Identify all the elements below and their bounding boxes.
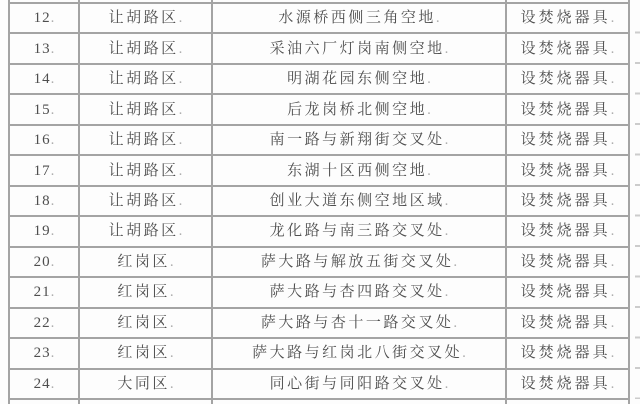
row-number: 21 xyxy=(34,284,55,300)
row-number: 14 xyxy=(34,71,55,87)
table-cell-location: 水源桥西侧三角空地 xyxy=(213,4,507,34)
location-description: 萨大路与杏四路交叉处 xyxy=(270,284,449,300)
table-cell-location: 后龙岗桥北侧空地 xyxy=(213,95,507,125)
measure-text: 设焚烧器具 xyxy=(521,41,615,57)
table-cell-measure: 设焚烧器具 xyxy=(507,309,630,339)
district-name: 红岗区 xyxy=(117,315,173,331)
table-cell-measure: 设焚烧器具 xyxy=(507,248,630,278)
table-cell-measure: 设焚烧器具 xyxy=(507,370,630,400)
measure-text: 设焚烧器具 xyxy=(521,102,615,118)
location-description: 萨大路与红岗北八街交叉处 xyxy=(252,345,466,361)
table-cell-measure: 设焚烧器具 xyxy=(507,217,630,247)
table-cell-district: 让胡路区 xyxy=(80,187,213,217)
location-description: 创业大道东侧空地区域 xyxy=(270,193,449,209)
gridline-bottom-strip xyxy=(8,400,80,404)
location-description: 水源桥西侧三角空地 xyxy=(278,10,439,26)
location-description: 采油六厂灯岗南侧空地 xyxy=(270,41,449,57)
table-cell-number: 21 xyxy=(8,278,80,308)
row-number: 22 xyxy=(34,315,55,331)
district-name: 让胡路区 xyxy=(109,10,183,26)
row-number: 17 xyxy=(34,163,55,179)
row-number: 16 xyxy=(34,132,55,148)
table-cell-district: 让胡路区 xyxy=(80,126,213,156)
location-description: 同心街与同阳路交叉处 xyxy=(270,376,449,392)
table-cell-number: 22 xyxy=(8,309,80,339)
measure-text: 设焚烧器具 xyxy=(521,223,615,239)
table-cell-number: 16 xyxy=(8,126,80,156)
location-description: 明湖花园东侧空地 xyxy=(287,71,431,87)
measure-text: 设焚烧器具 xyxy=(521,284,615,300)
table-cell-district: 红岗区 xyxy=(80,248,213,278)
measure-text: 设焚烧器具 xyxy=(521,254,615,270)
location-description: 后龙岗桥北侧空地 xyxy=(287,102,431,118)
district-name: 大同区 xyxy=(117,376,173,392)
table-cell-number: 15 xyxy=(8,95,80,125)
table-cell-measure: 设焚烧器具 xyxy=(507,339,630,369)
table-cell-location: 龙化路与南三路交叉处 xyxy=(213,217,507,247)
row-number: 19 xyxy=(34,223,55,239)
table-cell-measure: 设焚烧器具 xyxy=(507,156,630,186)
district-name: 红岗区 xyxy=(117,254,173,270)
table-cell-location: 采油六厂灯岗南侧空地 xyxy=(213,34,507,64)
row-number: 12 xyxy=(34,10,55,26)
row-number: 18 xyxy=(34,193,55,209)
location-description: 萨大路与解放五街交叉处 xyxy=(261,254,457,270)
table-cell-measure: 设焚烧器具 xyxy=(507,187,630,217)
burning-points-table: 12 让胡路区 水源桥西侧三角空地 设焚烧器具 13 让胡路区 采油六厂灯岗南侧… xyxy=(8,0,630,404)
table-cell-location: 萨大路与解放五街交叉处 xyxy=(213,248,507,278)
table-cell-district: 大同区 xyxy=(80,370,213,400)
table-cell-district: 让胡路区 xyxy=(80,156,213,186)
location-description: 萨大路与杏十一路交叉处 xyxy=(261,315,457,331)
table-cell-district: 红岗区 xyxy=(80,278,213,308)
table-cell-measure: 设焚烧器具 xyxy=(507,95,630,125)
measure-text: 设焚烧器具 xyxy=(521,345,615,361)
row-number: 15 xyxy=(34,102,55,118)
table-cell-measure: 设焚烧器具 xyxy=(507,65,630,95)
table-cell-location: 萨大路与红岗北八街交叉处 xyxy=(213,339,507,369)
table-cell-district: 红岗区 xyxy=(80,309,213,339)
table-cell-number: 20 xyxy=(8,248,80,278)
district-name: 让胡路区 xyxy=(109,41,183,57)
district-name: 红岗区 xyxy=(117,284,173,300)
table-cell-district: 让胡路区 xyxy=(80,217,213,247)
table-cell-number: 14 xyxy=(8,65,80,95)
table-cell-district: 让胡路区 xyxy=(80,34,213,64)
table-cell-number: 24 xyxy=(8,370,80,400)
measure-text: 设焚烧器具 xyxy=(521,193,615,209)
table-cell-district: 红岗区 xyxy=(80,339,213,369)
table-cell-number: 17 xyxy=(8,156,80,186)
table-cell-measure: 设焚烧器具 xyxy=(507,278,630,308)
row-number: 24 xyxy=(34,376,55,392)
table-cell-number: 19 xyxy=(8,217,80,247)
table-cell-location: 萨大路与杏十一路交叉处 xyxy=(213,309,507,339)
table-cell-district: 让胡路区 xyxy=(80,4,213,34)
measure-text: 设焚烧器具 xyxy=(521,315,615,331)
row-number: 13 xyxy=(34,41,55,57)
table-cell-location: 同心街与同阳路交叉处 xyxy=(213,370,507,400)
measure-text: 设焚烧器具 xyxy=(521,376,615,392)
row-number: 23 xyxy=(34,345,55,361)
table-cell-district: 让胡路区 xyxy=(80,65,213,95)
measure-text: 设焚烧器具 xyxy=(521,163,615,179)
gridline-bottom-strip xyxy=(80,400,213,404)
district-name: 让胡路区 xyxy=(109,163,183,179)
gridline-bottom-strip xyxy=(507,400,630,404)
district-name: 让胡路区 xyxy=(109,223,183,239)
scanned-document-page: 12 让胡路区 水源桥西侧三角空地 设焚烧器具 13 让胡路区 采油六厂灯岗南侧… xyxy=(0,0,640,404)
location-description: 南一路与新翔街交叉处 xyxy=(270,132,449,148)
table-cell-measure: 设焚烧器具 xyxy=(507,34,630,64)
table-cell-number: 12 xyxy=(8,4,80,34)
table-cell-number: 18 xyxy=(8,187,80,217)
table-cell-location: 萨大路与杏四路交叉处 xyxy=(213,278,507,308)
measure-text: 设焚烧器具 xyxy=(521,132,615,148)
row-number: 20 xyxy=(34,254,55,270)
location-description: 龙化路与南三路交叉处 xyxy=(270,223,449,239)
district-name: 让胡路区 xyxy=(109,71,183,87)
district-name: 让胡路区 xyxy=(109,132,183,148)
measure-text: 设焚烧器具 xyxy=(521,71,615,87)
table-cell-location: 东湖十区西侧空地 xyxy=(213,156,507,186)
table-cell-district: 让胡路区 xyxy=(80,95,213,125)
district-name: 让胡路区 xyxy=(109,193,183,209)
district-name: 红岗区 xyxy=(117,345,173,361)
location-description: 东湖十区西侧空地 xyxy=(287,163,431,179)
scan-edge-line-stubs xyxy=(635,3,640,399)
table-cell-location: 创业大道东侧空地区域 xyxy=(213,187,507,217)
table-cell-number: 23 xyxy=(8,339,80,369)
gridline-bottom-strip xyxy=(213,400,507,404)
measure-text: 设焚烧器具 xyxy=(521,10,615,26)
district-name: 让胡路区 xyxy=(109,102,183,118)
table-cell-location: 明湖花园东侧空地 xyxy=(213,65,507,95)
table-cell-measure: 设焚烧器具 xyxy=(507,126,630,156)
table-cell-location: 南一路与新翔街交叉处 xyxy=(213,126,507,156)
table-cell-measure: 设焚烧器具 xyxy=(507,4,630,34)
table-cell-number: 13 xyxy=(8,34,80,64)
